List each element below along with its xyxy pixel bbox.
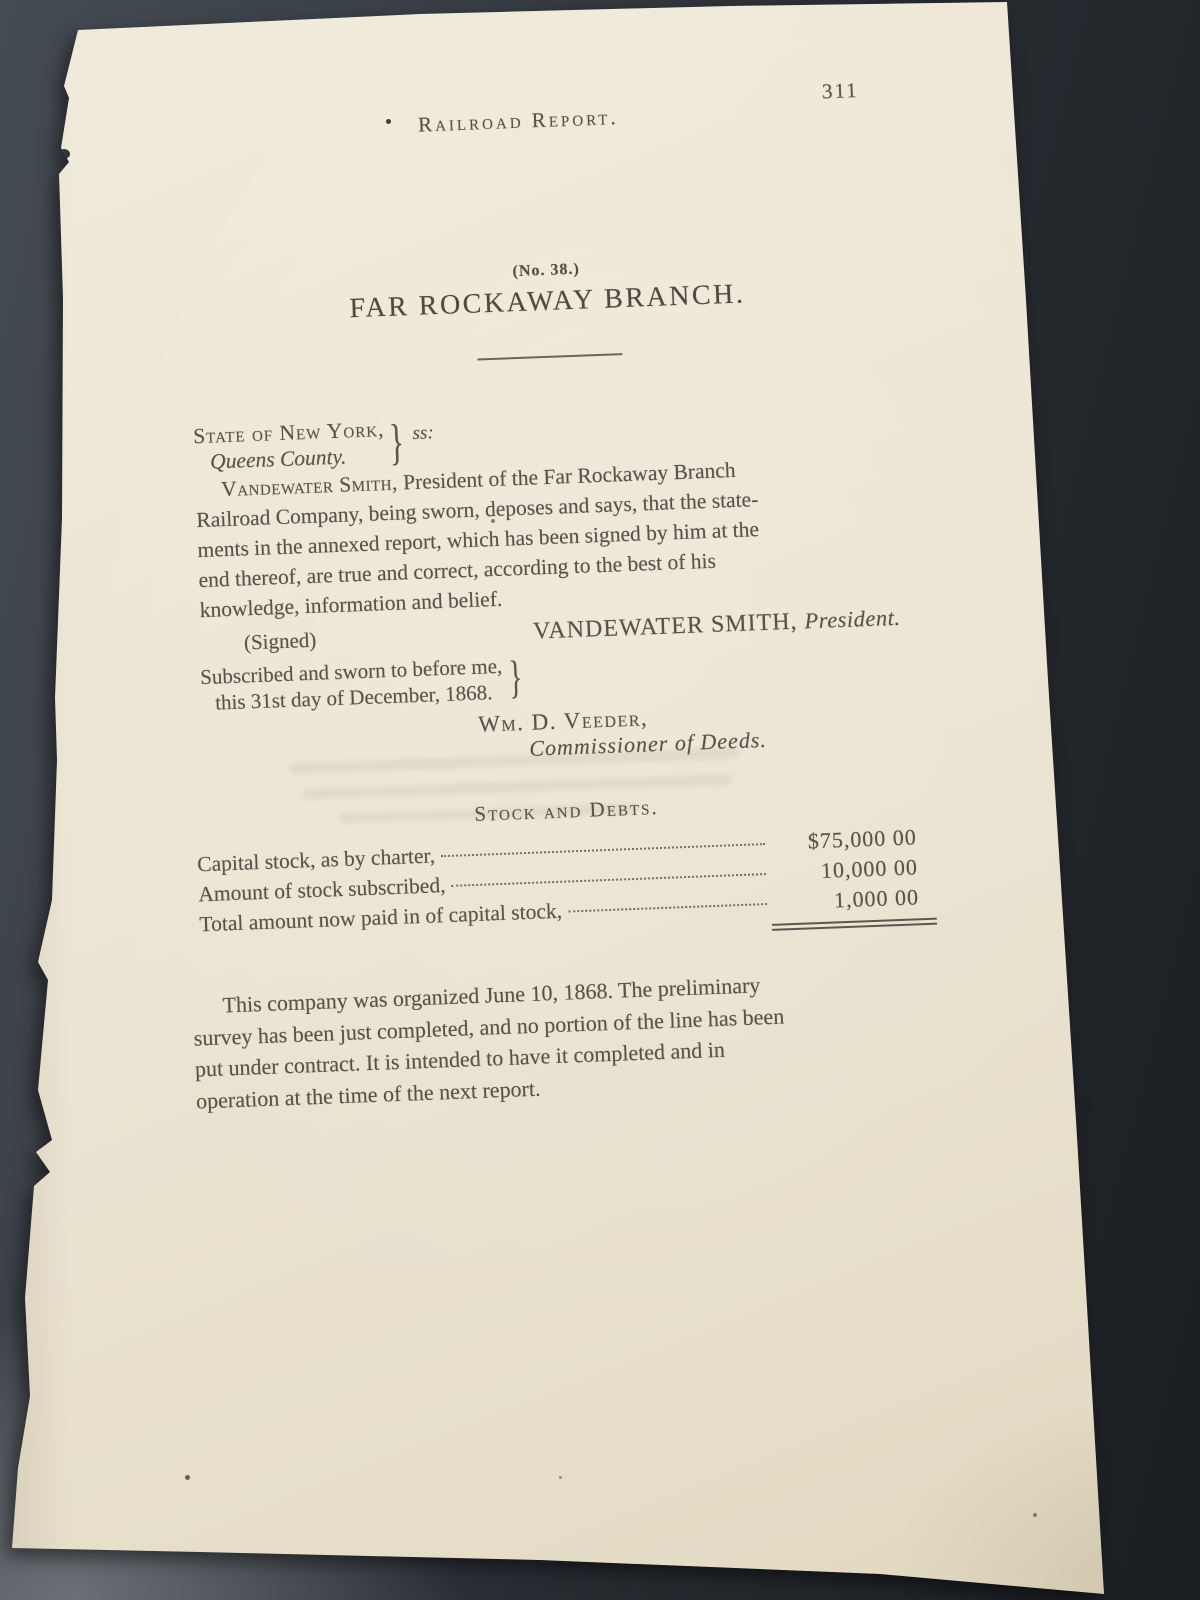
signatory-name-text: VANDEWATER SMITH, (533, 609, 798, 645)
signed-label: (Signed) (244, 628, 317, 656)
row-amount: 10,000 00 (775, 852, 918, 886)
attestation-lines: Subscribed and sworn to before me, this … (200, 653, 504, 716)
page-number: 311 (822, 78, 860, 104)
running-title: Railroad Report. (418, 105, 619, 138)
scanned-page-photo: Railroad Report. 311 (No. 38.) FAR ROCKA… (0, 0, 1200, 1600)
title-rule (477, 353, 622, 360)
table-total-double-rule (772, 918, 937, 931)
deponent-name: Vandewater Smith, (221, 471, 398, 502)
paper-surface: Railroad Report. 311 (No. 38.) FAR ROCKA… (0, 0, 1200, 1600)
torn-edge-hole (58, 149, 70, 159)
attestation-brace: } (508, 652, 523, 702)
paper-speck (559, 1476, 562, 1479)
paper-speck (1033, 1513, 1037, 1517)
row-amount: 1,000 00 (777, 882, 920, 916)
venue-ss-label: ss: (412, 422, 434, 445)
venue-brace: } (389, 415, 405, 468)
row-amount: $75,000 00 (774, 822, 917, 856)
printed-page-content: Railroad Report. 311 (No. 38.) FAR ROCKA… (168, 64, 948, 1116)
paper-sheet: Railroad Report. 311 (No. 38.) FAR ROCKA… (0, 0, 1200, 1600)
signatory-title: President. (804, 605, 901, 634)
leader-dots (568, 903, 767, 912)
leader-dots (441, 843, 765, 857)
paper-speck (185, 1475, 190, 1480)
venue-lines: State of New York, Queens County. (193, 416, 386, 475)
affidavit-paragraph: Vandewater Smith, President of the Far R… (195, 449, 902, 625)
leader-dots (451, 873, 766, 887)
